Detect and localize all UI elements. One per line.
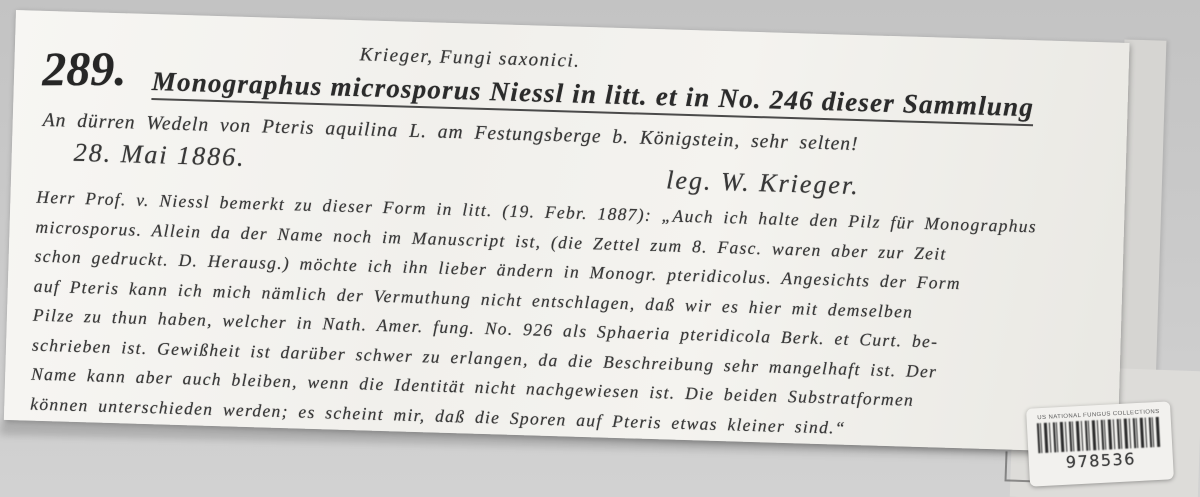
specimen-number: 289.: [42, 42, 126, 97]
specimen-label-paper: Krieger, Fungi saxonici. 289. Monographu…: [4, 10, 1130, 453]
scanned-specimen-sheet: Krieger, Fungi saxonici. 289. Monographu…: [0, 0, 1200, 497]
annotation-text: Herr Prof. v. Niessl bemerkt zu dieser F…: [30, 183, 1112, 451]
series-header: Krieger, Fungi saxonici.: [359, 44, 580, 73]
collection-date: 28. Mai 1886.: [73, 138, 246, 173]
barcode-label: US NATIONAL FUNGUS COLLECTIONS 978536: [1026, 401, 1174, 486]
collector-line: leg. W. Krieger.: [666, 165, 860, 201]
